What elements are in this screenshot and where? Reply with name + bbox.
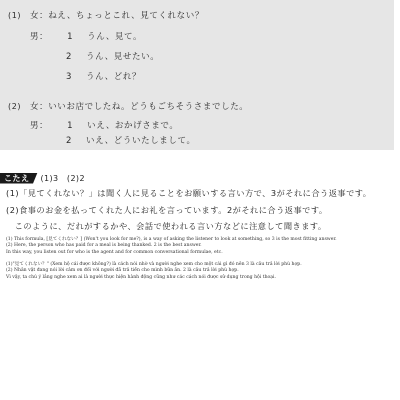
answer-values: (1)3 (2)2 [41, 173, 85, 184]
explanation-ja-1: (1)「見てくれない？」は聞く人に見ることをお願いする言い方で、3がそれに合う返… [6, 188, 372, 199]
q1-prompt: (1)女：ねえ、ちょっとこれ、見てくれない？ [8, 9, 204, 21]
q1-option-1: 男：1うん、見て。 [30, 30, 142, 42]
q2-number: (2) [8, 102, 30, 111]
explanation-vi-2: (2) Nhân vật đang nói lời cảm ơn đối với… [6, 268, 239, 273]
explanation-vi-3: Vì vậy, ta chú ý lắng nghe xem ai là ngư… [6, 275, 276, 280]
explanation-ja-3: このように、だれがするかや、会話で使われる言い方などに注意して聞きます。 [6, 221, 327, 232]
q2-option-2: 2いえ、どういたしまして。 [66, 134, 196, 146]
explanation-en-3: In this way, you listen out for who is t… [6, 250, 223, 255]
explanation-en-1: (1) This formula, [見てくれない？] (Won't you l… [6, 236, 337, 242]
explanation-en-2: (2) Here, the person who has paid for a … [6, 243, 202, 248]
q2-response-speaker: 男 [30, 121, 39, 131]
answer-bar: こたえ (1)3 (2)2 [0, 172, 85, 184]
q1-prompt-speaker: 女 [30, 11, 39, 21]
q1-option-3: 3うん、どれ？ [66, 70, 141, 82]
q1-option-2: 2うん、見せたい。 [66, 50, 159, 62]
q1-number: (1) [8, 11, 30, 20]
q1-prompt-text: ：ねえ、ちょっとこれ、見てくれない？ [39, 11, 204, 21]
q2-option-1: 男：1いえ、おかげさまで。 [30, 119, 178, 131]
explanation-ja-2: (2)食事のお金を払ってくれた人にお礼を言っています。2がそれに合う返事です。 [6, 205, 328, 216]
q2-prompt-speaker: 女 [30, 102, 39, 112]
q1-response-speaker: 男 [30, 32, 39, 42]
explanation-vi-1: (1)"見てくれない？" (Xem hộ cái được không?) là… [6, 261, 302, 267]
q2-prompt-text: ：いいお店でしたね。どうもごちそうさまでした。 [39, 102, 248, 112]
answer-label: こたえ [0, 173, 38, 184]
q2-prompt: (2)女：いいお店でしたね。どうもごちそうさまでした。 [8, 100, 248, 112]
